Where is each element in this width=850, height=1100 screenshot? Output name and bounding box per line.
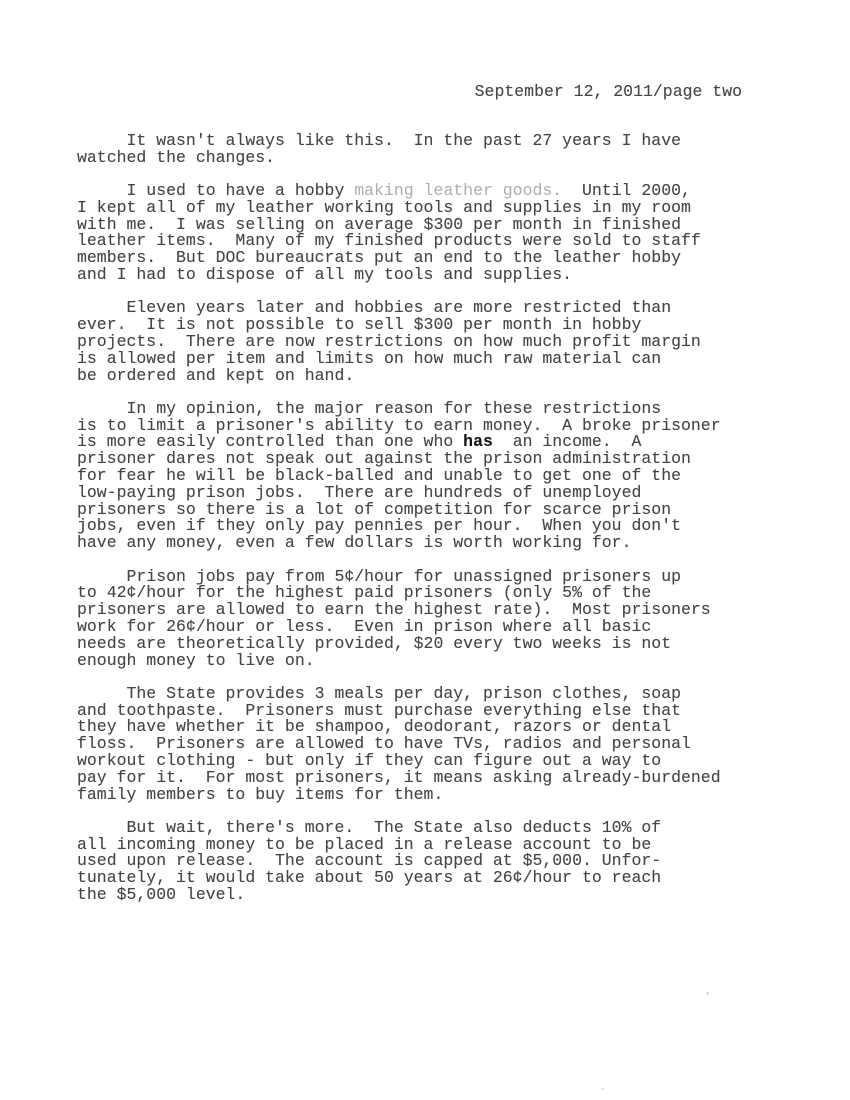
paragraph: In my opinion, the major reason for thes… bbox=[77, 401, 777, 552]
text-line: the $5,000 level. bbox=[77, 887, 777, 904]
text-line: be ordered and kept on hand. bbox=[77, 368, 777, 385]
page-header-date: September 12, 2011/page two bbox=[0, 83, 742, 100]
paragraph: I used to have a hobby making leather go… bbox=[77, 183, 777, 284]
scan-speck bbox=[706, 992, 709, 995]
text-line: and I had to dispose of all my tools and… bbox=[77, 267, 777, 284]
paragraph: Eleven years later and hobbies are more … bbox=[77, 300, 777, 384]
scan-speck bbox=[601, 1088, 604, 1090]
document-page: September 12, 2011/page two It wasn't al… bbox=[0, 0, 850, 1100]
text-line: enough money to live on. bbox=[77, 653, 777, 670]
paragraph: The State provides 3 meals per day, pris… bbox=[77, 686, 777, 804]
document-body: It wasn't always like this. In the past … bbox=[77, 133, 777, 920]
paragraph: It wasn't always like this. In the past … bbox=[77, 133, 777, 167]
text-line: family members to buy items for them. bbox=[77, 787, 777, 804]
text-line: watched the changes. bbox=[77, 150, 777, 167]
text-line: have any money, even a few dollars is wo… bbox=[77, 535, 777, 552]
paragraph: Prison jobs pay from 5¢/hour for unassig… bbox=[77, 569, 777, 670]
text-line: needs are theoretically provided, $20 ev… bbox=[77, 636, 777, 653]
paragraph: But wait, there's more. The State also d… bbox=[77, 820, 777, 904]
